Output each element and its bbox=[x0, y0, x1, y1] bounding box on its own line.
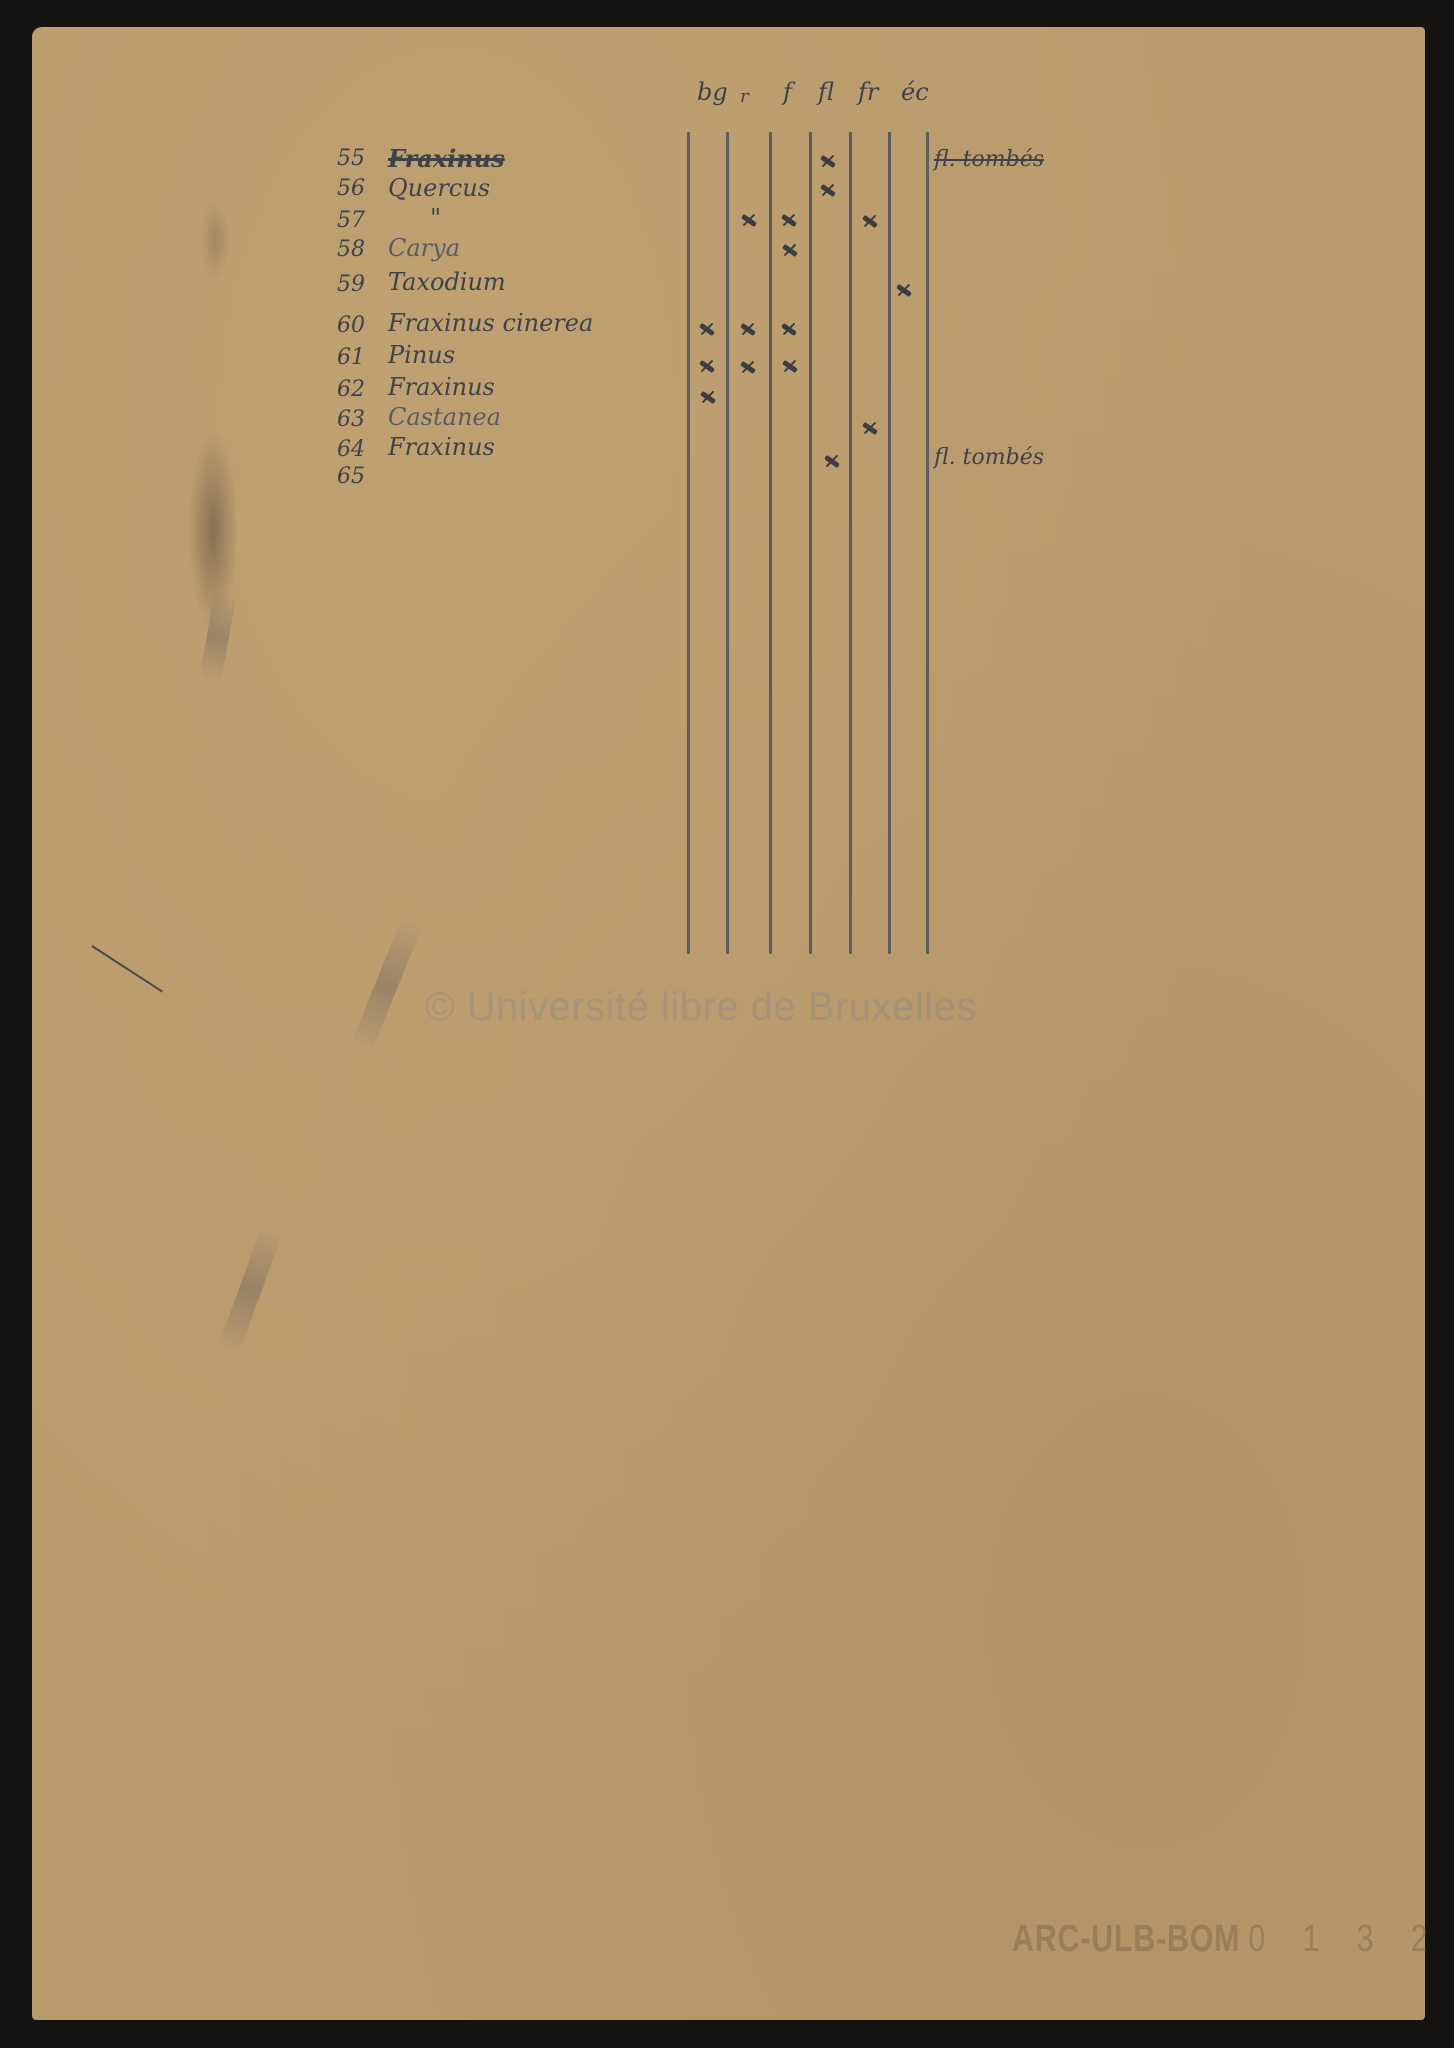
annotation-fl-tombes: fl. tombés bbox=[934, 445, 1044, 470]
tally-mark-63-fr bbox=[861, 421, 879, 435]
annotation-fl-tombes-struck: fl. tombés bbox=[934, 147, 1044, 172]
copyright-watermark: © Université libre de Bruxelles bbox=[425, 985, 977, 1030]
ink-stain bbox=[200, 200, 230, 280]
grid-line bbox=[888, 132, 891, 954]
tally-mark-62-bg bbox=[699, 390, 717, 404]
column-header-bg: bg bbox=[697, 78, 728, 106]
row-number: 64 bbox=[337, 437, 377, 462]
species-name: Castanea bbox=[388, 403, 501, 431]
ditto-mark: " bbox=[430, 204, 441, 232]
species-name: Fraxinus cinerea bbox=[388, 309, 593, 337]
column-header-ec: éc bbox=[901, 78, 929, 106]
row-number: 56 bbox=[337, 176, 377, 201]
grid-line bbox=[809, 132, 812, 954]
tally-mark-60-f bbox=[780, 322, 798, 336]
tally-mark-57-fr bbox=[861, 214, 879, 228]
species-name: Carya bbox=[388, 234, 460, 262]
species-name: Taxodium bbox=[388, 268, 506, 296]
grid-line bbox=[726, 132, 729, 954]
grid-line bbox=[687, 132, 690, 954]
tally-mark-64-fl bbox=[823, 454, 841, 468]
species-name: Pinus bbox=[388, 341, 455, 369]
species-name-struck: Fraxinus bbox=[388, 144, 505, 173]
grid-line bbox=[769, 132, 772, 954]
archive-stamp: ARC-ULB-BOM0 1 3 2 4 bbox=[1012, 1918, 1454, 1961]
row-number: 63 bbox=[337, 407, 377, 432]
tally-mark-57-r bbox=[740, 213, 758, 227]
tally-mark-60-r bbox=[739, 322, 757, 336]
tally-mark-58-f bbox=[781, 243, 799, 257]
row-number: 57 bbox=[337, 208, 377, 233]
row-number: 65 bbox=[337, 464, 377, 489]
grid-line bbox=[926, 132, 929, 954]
row-number: 55 bbox=[337, 146, 377, 171]
archive-stamp-number: 0 1 3 2 4 bbox=[1248, 1918, 1454, 1960]
row-number: 59 bbox=[337, 272, 377, 297]
tally-mark-61-bg bbox=[698, 359, 716, 373]
archive-stamp-prefix: ARC-ULB-BOM bbox=[1012, 1918, 1240, 1960]
grid-line bbox=[849, 132, 852, 954]
column-header-r: r bbox=[740, 86, 749, 107]
species-name: Fraxinus bbox=[388, 433, 495, 461]
tally-mark-60-bg bbox=[698, 322, 716, 336]
tally-mark-56-fl bbox=[819, 183, 837, 197]
tally-mark-61-r bbox=[739, 360, 757, 374]
row-number: 60 bbox=[337, 313, 377, 338]
tally-mark-61-f bbox=[781, 359, 799, 373]
species-name: Quercus bbox=[388, 174, 490, 202]
row-number: 58 bbox=[337, 237, 377, 262]
tally-mark-59-ec bbox=[895, 283, 913, 297]
tally-mark-55-fl bbox=[819, 154, 837, 168]
row-number: 62 bbox=[337, 377, 377, 402]
column-header-fl: fl bbox=[818, 78, 834, 106]
row-number: 61 bbox=[337, 345, 377, 370]
column-header-f: f bbox=[783, 78, 792, 106]
column-header-fr: fr bbox=[858, 78, 878, 106]
tally-mark-57-f bbox=[780, 213, 798, 227]
species-name: Fraxinus bbox=[388, 373, 495, 401]
